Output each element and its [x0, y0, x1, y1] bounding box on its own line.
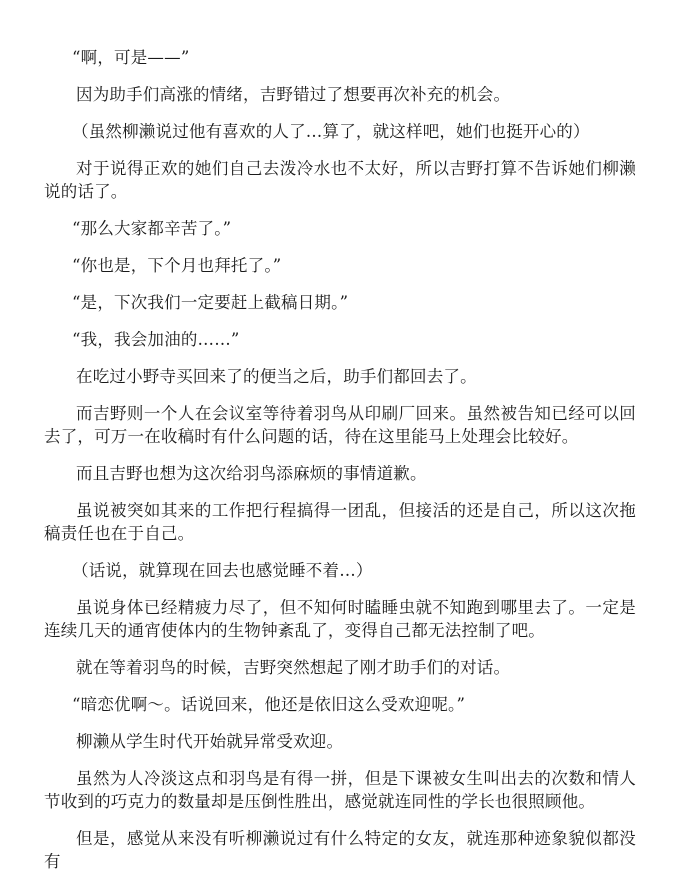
paragraph-narration: 而且吉野也想为这次给羽鸟添麻烦的事情道歉。 [44, 462, 636, 485]
paragraph-thought: （话说，就算现在回去也感觉睡不着…） [44, 559, 636, 582]
paragraph-narration: 虽说被突如其来的工作把行程搞得一团乱，但接活的还是自己，所以这次拖稿责任也在于自… [44, 499, 636, 545]
paragraph-narration: 柳濑从学生时代开始就异常受欢迎。 [44, 730, 636, 753]
paragraph-narration: 虽说身体已经精疲力尽了，但不知何时瞌睡虫就不知跑到哪里去了。一定是连续几天的通宵… [44, 596, 636, 642]
paragraph-narration: 虽然为人冷淡这点和羽鸟是有得一拼，但是下课被女生叫出去的次数和情人节收到的巧克力… [44, 767, 636, 813]
paragraph-dialogue: “暗恋优啊～。话说回来，他还是依旧这么受欢迎呢。” [44, 693, 636, 716]
paragraph-thought: （虽然柳濑说过他有喜欢的人了…算了，就这样吧，她们也挺开心的） [44, 120, 636, 143]
paragraph-dialogue: “你也是，下个月也拜托了。” [44, 254, 636, 277]
paragraph-dialogue: “我，我会加油的……” [44, 328, 636, 351]
document-page: “啊，可是——” 因为助手们高涨的情绪，吉野错过了想要再次补充的机会。 （虽然柳… [44, 46, 636, 880]
paragraph-narration: 在吃过小野寺买回来了的便当之后，助手们都回去了。 [44, 365, 636, 388]
paragraph-dialogue: “啊，可是——” [44, 46, 636, 69]
paragraph-dialogue: “是，下次我们一定要赶上截稿日期。” [44, 291, 636, 314]
paragraph-narration: 但是，感觉从来没有听柳濑说过有什么特定的女友，就连那种迹象貌似都没有 [44, 827, 636, 873]
paragraph-narration: 因为助手们高涨的情绪，吉野错过了想要再次补充的机会。 [44, 83, 636, 106]
paragraph-dialogue: “那么大家都辛苦了。” [44, 217, 636, 240]
paragraph-narration: 而吉野则一个人在会议室等待着羽鸟从印刷厂回来。虽然被告知已经可以回去了，可万一在… [44, 402, 636, 448]
paragraph-narration: 对于说得正欢的她们自己去泼冷水也不太好，所以吉野打算不告诉她们柳濑说的话了。 [44, 157, 636, 203]
paragraph-narration: 就在等着羽鸟的时候，吉野突然想起了刚才助手们的对话。 [44, 656, 636, 679]
